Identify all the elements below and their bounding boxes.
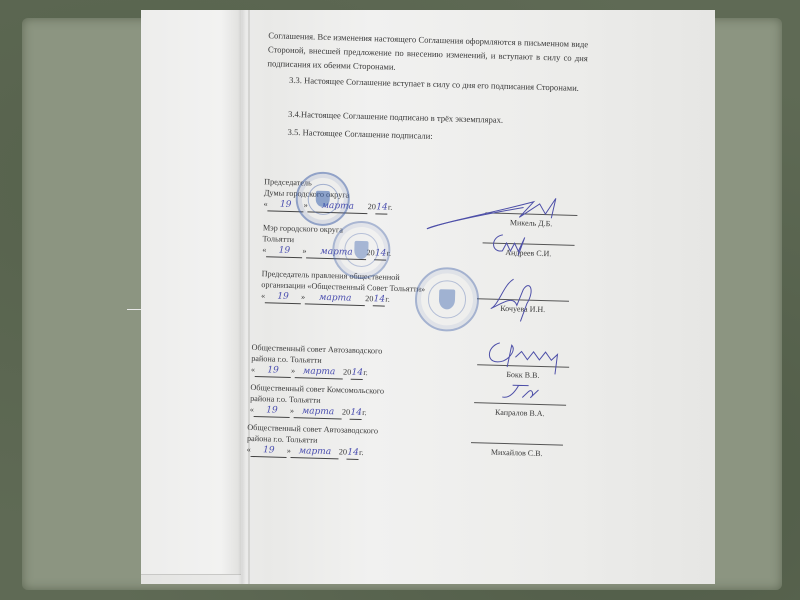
signature-kochueva-icon <box>482 274 543 326</box>
party-block-avtozavodsky-1: Общественный совет Автозаводского района… <box>251 342 383 381</box>
signatory-block: Михайлов С.В. <box>471 442 563 462</box>
party-block-avtozavodsky-2: Общественный совет Автозаводского района… <box>247 422 379 461</box>
signature-bokk-icon <box>485 338 576 374</box>
signatory-name: Михайлов С.В. <box>471 445 563 462</box>
signing-date: «19»марта2014г. <box>247 444 378 461</box>
signature-andreev-icon <box>488 231 549 259</box>
signing-date: «19»марта2014г. <box>250 404 384 421</box>
signatory-block: Капралов В.А. <box>474 402 566 422</box>
folded-back-page <box>141 10 241 575</box>
party-block-public-council: Председатель правления общественной орга… <box>261 268 426 308</box>
signature-kapralov-icon <box>498 381 549 404</box>
signatory-name: Капралов В.А. <box>474 405 566 422</box>
party-block-komsomolsky: Общественный совет Комсомольского района… <box>250 382 385 421</box>
paragraph-changes: Соглашения. Все изменения настоящего Сог… <box>267 28 588 79</box>
duma-stamp-icon <box>295 171 350 226</box>
agreement-page: Соглашения. Все изменения настоящего Сог… <box>243 10 679 584</box>
signing-date: «19»марта2014г. <box>251 364 382 381</box>
slide-accent-line <box>127 309 141 310</box>
document-photo: Соглашения. Все изменения настоящего Сог… <box>141 10 715 584</box>
public-council-stamp-icon <box>414 266 480 332</box>
